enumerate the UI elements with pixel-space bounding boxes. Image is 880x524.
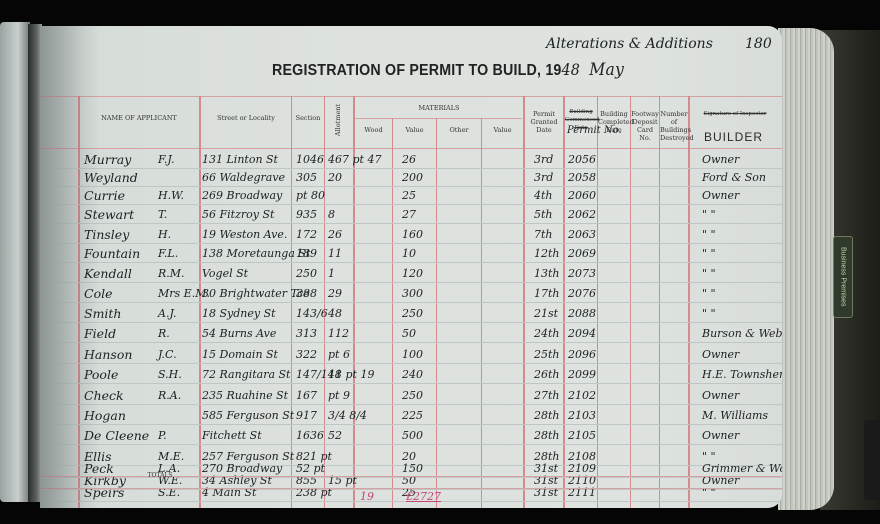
section-number: pt 80 (296, 189, 325, 203)
wood-value: 10 (402, 247, 416, 261)
street-locality: 54 Burns Ave (202, 327, 276, 341)
section-number: 313 (296, 327, 317, 341)
header-allotment: Allotment (334, 100, 342, 140)
header-bottom-rule (40, 148, 782, 149)
wood-value: 200 (402, 171, 423, 185)
applicant-surname: Currie (84, 189, 125, 203)
row-rule (40, 186, 782, 187)
street-locality: 585 Ferguson St (202, 409, 294, 423)
wood-value: 120 (402, 267, 423, 281)
section-number: 935 (296, 208, 317, 222)
header-section: Section (292, 114, 324, 122)
permit-number: 2103 (568, 409, 596, 423)
applicant-initials: F.J. (158, 153, 174, 167)
permit-number: 2073 (568, 267, 596, 281)
builder-name: " " (702, 287, 716, 301)
wood-value: 50 (402, 327, 416, 341)
page-number: 180 (745, 36, 772, 52)
row-rule (40, 342, 782, 343)
header-value-other: Value (482, 126, 523, 134)
permit-date: 5th (534, 208, 553, 222)
ledger-page: Alterations & Additions 180 REGISTRATION… (40, 26, 782, 508)
builder-name: Owner (702, 348, 739, 362)
header-builder: BUILDER (704, 130, 763, 144)
applicant-surname: Tinsley (84, 228, 129, 242)
applicant-initials: T. (158, 208, 167, 222)
permit-number: 2063 (568, 228, 596, 242)
builder-name: Owner (702, 389, 739, 403)
header-value-wood: Value (393, 126, 436, 134)
allotment-number: 52 (328, 429, 342, 443)
applicant-initials: J.C. (158, 348, 177, 362)
applicant-surname: Fountain (84, 247, 140, 261)
builder-name: H.E. Townshend (702, 368, 782, 382)
row-rule (40, 243, 782, 244)
builder-name: Owner (702, 153, 739, 167)
street-locality: 56 Fitzroy St (202, 208, 274, 222)
permit-date: 7th (534, 228, 553, 242)
allotment-number: 11 pt 19 (328, 368, 374, 382)
permit-number: 2060 (568, 189, 596, 203)
permit-number: 2105 (568, 429, 596, 443)
page-title: REGISTRATION OF PERMIT TO BUILD, 1948May (272, 60, 624, 80)
permit-number: 2058 (568, 171, 596, 185)
allotment-number: 11 (328, 247, 342, 261)
permit-number: 2099 (568, 368, 596, 382)
street-locality: 138 Moretaunga St (202, 247, 310, 261)
builder-name: Owner (702, 429, 739, 443)
applicant-surname: De Cleene (84, 429, 149, 443)
permit-date: 25th (534, 348, 560, 362)
header-signature-struck: Signature of Inspector (692, 110, 778, 118)
row-rule (40, 302, 782, 303)
builder-name: M. Williams (702, 409, 768, 423)
totals-label: TOTALS (140, 472, 180, 480)
allotment-number: 1 (328, 267, 335, 281)
left-page-edge (0, 22, 30, 502)
allotment-number: 26 (328, 228, 342, 242)
header-destroyed: Number of Buildings Destroyed (660, 110, 688, 142)
totals-value: £2727 (406, 490, 441, 503)
street-locality: 269 Broadway (202, 189, 282, 203)
row-rule (40, 424, 782, 425)
allotment-number: 3/4 8/4 (328, 409, 367, 423)
header-name: NAME OF APPLICANT (80, 114, 198, 122)
allotment-number: 112 (328, 327, 349, 341)
wood-value: 300 (402, 287, 423, 301)
allotment-number: 48 (328, 307, 342, 321)
street-locality: 19 Weston Ave. (202, 228, 287, 242)
wood-value: 225 (402, 409, 423, 423)
wood-value: 26 (402, 153, 416, 167)
applicant-surname: Hanson (84, 348, 132, 362)
wood-value: 160 (402, 228, 423, 242)
street-locality: 235 Ruahine St (202, 389, 288, 403)
allotment-number: 467 pt 47 (328, 153, 381, 167)
permit-date: 26th (534, 368, 560, 382)
wood-value: 250 (402, 307, 423, 321)
applicant-surname: Hogan (84, 409, 126, 423)
permit-date: 3rd (534, 171, 553, 185)
street-locality: 18 Sydney St (202, 307, 276, 321)
section-number: 172 (296, 228, 317, 242)
builder-name: " " (702, 208, 716, 222)
builder-name: Owner (702, 189, 739, 203)
permit-number: 2094 (568, 327, 596, 341)
applicant-surname: Cole (84, 287, 113, 301)
col-rule (392, 118, 393, 508)
header-materials: MATERIALS (355, 104, 523, 112)
allotment-number: 29 (328, 287, 342, 301)
applicant-initials: A.J. (158, 307, 177, 321)
title-year: 48 (562, 61, 581, 79)
wood-value: 500 (402, 429, 423, 443)
builder-name: " " (702, 307, 716, 321)
permit-date: 12th (534, 247, 560, 261)
section-number: 250 (296, 267, 317, 281)
section-number: 167 (296, 389, 317, 403)
section-number: 917 (296, 409, 317, 423)
permit-date: 3rd (534, 153, 553, 167)
applicant-surname: Field (84, 327, 116, 341)
row-rule (40, 262, 782, 263)
street-locality: 131 Linton St (202, 153, 278, 167)
wood-value: 27 (402, 208, 416, 222)
permit-date: 28th (534, 409, 560, 423)
allotment-number: 8 (328, 208, 335, 222)
row-rule (40, 223, 782, 224)
section-number: 1046 (296, 153, 324, 167)
col-rule (481, 118, 482, 508)
applicant-initials: S.H. (158, 368, 182, 382)
materials-rule (355, 118, 522, 119)
street-locality: 66 Waldegrave (202, 171, 285, 185)
spine-label (864, 420, 880, 500)
builder-name: " " (702, 228, 716, 242)
builder-name: " " (702, 247, 716, 261)
row-rule (40, 322, 782, 323)
page-edges (778, 28, 834, 510)
wood-value: 240 (402, 368, 423, 382)
permit-date: 27th (534, 389, 560, 403)
permit-number: 2069 (568, 247, 596, 261)
title-month: May (589, 60, 624, 80)
header-other: Other (437, 126, 481, 134)
street-locality: 72 Rangitara St (202, 368, 290, 382)
section-number: 322 (296, 348, 317, 362)
street-locality: 30 Brightwater Tce (202, 287, 310, 301)
applicant-surname: Smith (84, 307, 122, 321)
section-number: 1636 (296, 429, 324, 443)
permit-number: 2062 (568, 208, 596, 222)
street-locality: Vogel St (202, 267, 248, 281)
wood-value: 100 (402, 348, 423, 362)
permit-date: 24th (534, 327, 560, 341)
page-subtitle: Alterations & Additions (546, 36, 713, 52)
section-number: 143/6 (296, 307, 328, 321)
row-rule (40, 168, 782, 169)
permit-number: 2102 (568, 389, 596, 403)
row-rule (40, 404, 782, 405)
header-completed: Building Completed Date (598, 110, 630, 134)
row-rule (40, 444, 782, 445)
allotment-number: 20 (328, 171, 342, 185)
permit-date: 4th (534, 189, 553, 203)
totals-count: 19 (360, 490, 374, 503)
wood-value: 250 (402, 389, 423, 403)
permit-number: 2076 (568, 287, 596, 301)
section-number: 388 (296, 287, 317, 301)
applicant-initials: H. (158, 228, 171, 242)
section-number: 305 (296, 171, 317, 185)
permit-number: 2056 (568, 153, 596, 167)
header-wood: Wood (355, 126, 392, 134)
header-permit-date: Permit Granted Date (525, 110, 563, 134)
allotment-number: pt 9 (328, 389, 350, 403)
applicant-surname: Check (84, 389, 124, 403)
ledger-grid: NAME OF APPLICANT Street or Locality Sec… (40, 96, 782, 508)
permit-date: 28th (534, 429, 560, 443)
applicant-surname: Stewart (84, 208, 134, 222)
row-rule (40, 282, 782, 283)
applicant-surname: Weyland (84, 171, 138, 185)
applicant-initials: H.W. (158, 189, 184, 203)
row-rule (40, 383, 782, 384)
applicant-surname: Kendall (84, 267, 132, 281)
applicant-initials: R.M. (158, 267, 185, 281)
applicant-surname: Murray (84, 153, 131, 167)
totals-rule (40, 488, 782, 489)
allotment-number: pt 6 (328, 348, 350, 362)
wood-value: 25 (402, 189, 416, 203)
street-locality: Fitchett St (202, 429, 262, 443)
header-footway: Footway Deposit Card No. (631, 110, 659, 142)
permit-date: 13th (534, 267, 560, 281)
permit-number: 2088 (568, 307, 596, 321)
header-top-rule (40, 96, 782, 97)
applicant-initials: F.L. (158, 247, 178, 261)
header-street: Street or Locality (201, 114, 291, 122)
applicant-initials: R.A. (158, 389, 181, 403)
col-rule (436, 118, 437, 508)
title-text: REGISTRATION OF PERMIT TO BUILD, 19 (272, 62, 562, 79)
applicant-initials: P. (158, 429, 167, 443)
builder-name: Ford & Son (702, 171, 766, 185)
builder-name: " " (702, 267, 716, 281)
permit-date: 17th (534, 287, 560, 301)
applicant-initials: R. (158, 327, 170, 341)
permit-number: 2096 (568, 348, 596, 362)
section-number: 189 (296, 247, 317, 261)
street-locality: 15 Domain St (202, 348, 278, 362)
permit-date: 21st (534, 307, 558, 321)
row-rule (40, 204, 782, 205)
index-tab[interactable]: Business Premises (833, 236, 853, 318)
builder-name: Burson & Webb (702, 327, 782, 341)
applicant-surname: Poole (84, 368, 118, 382)
row-rule (40, 363, 782, 364)
